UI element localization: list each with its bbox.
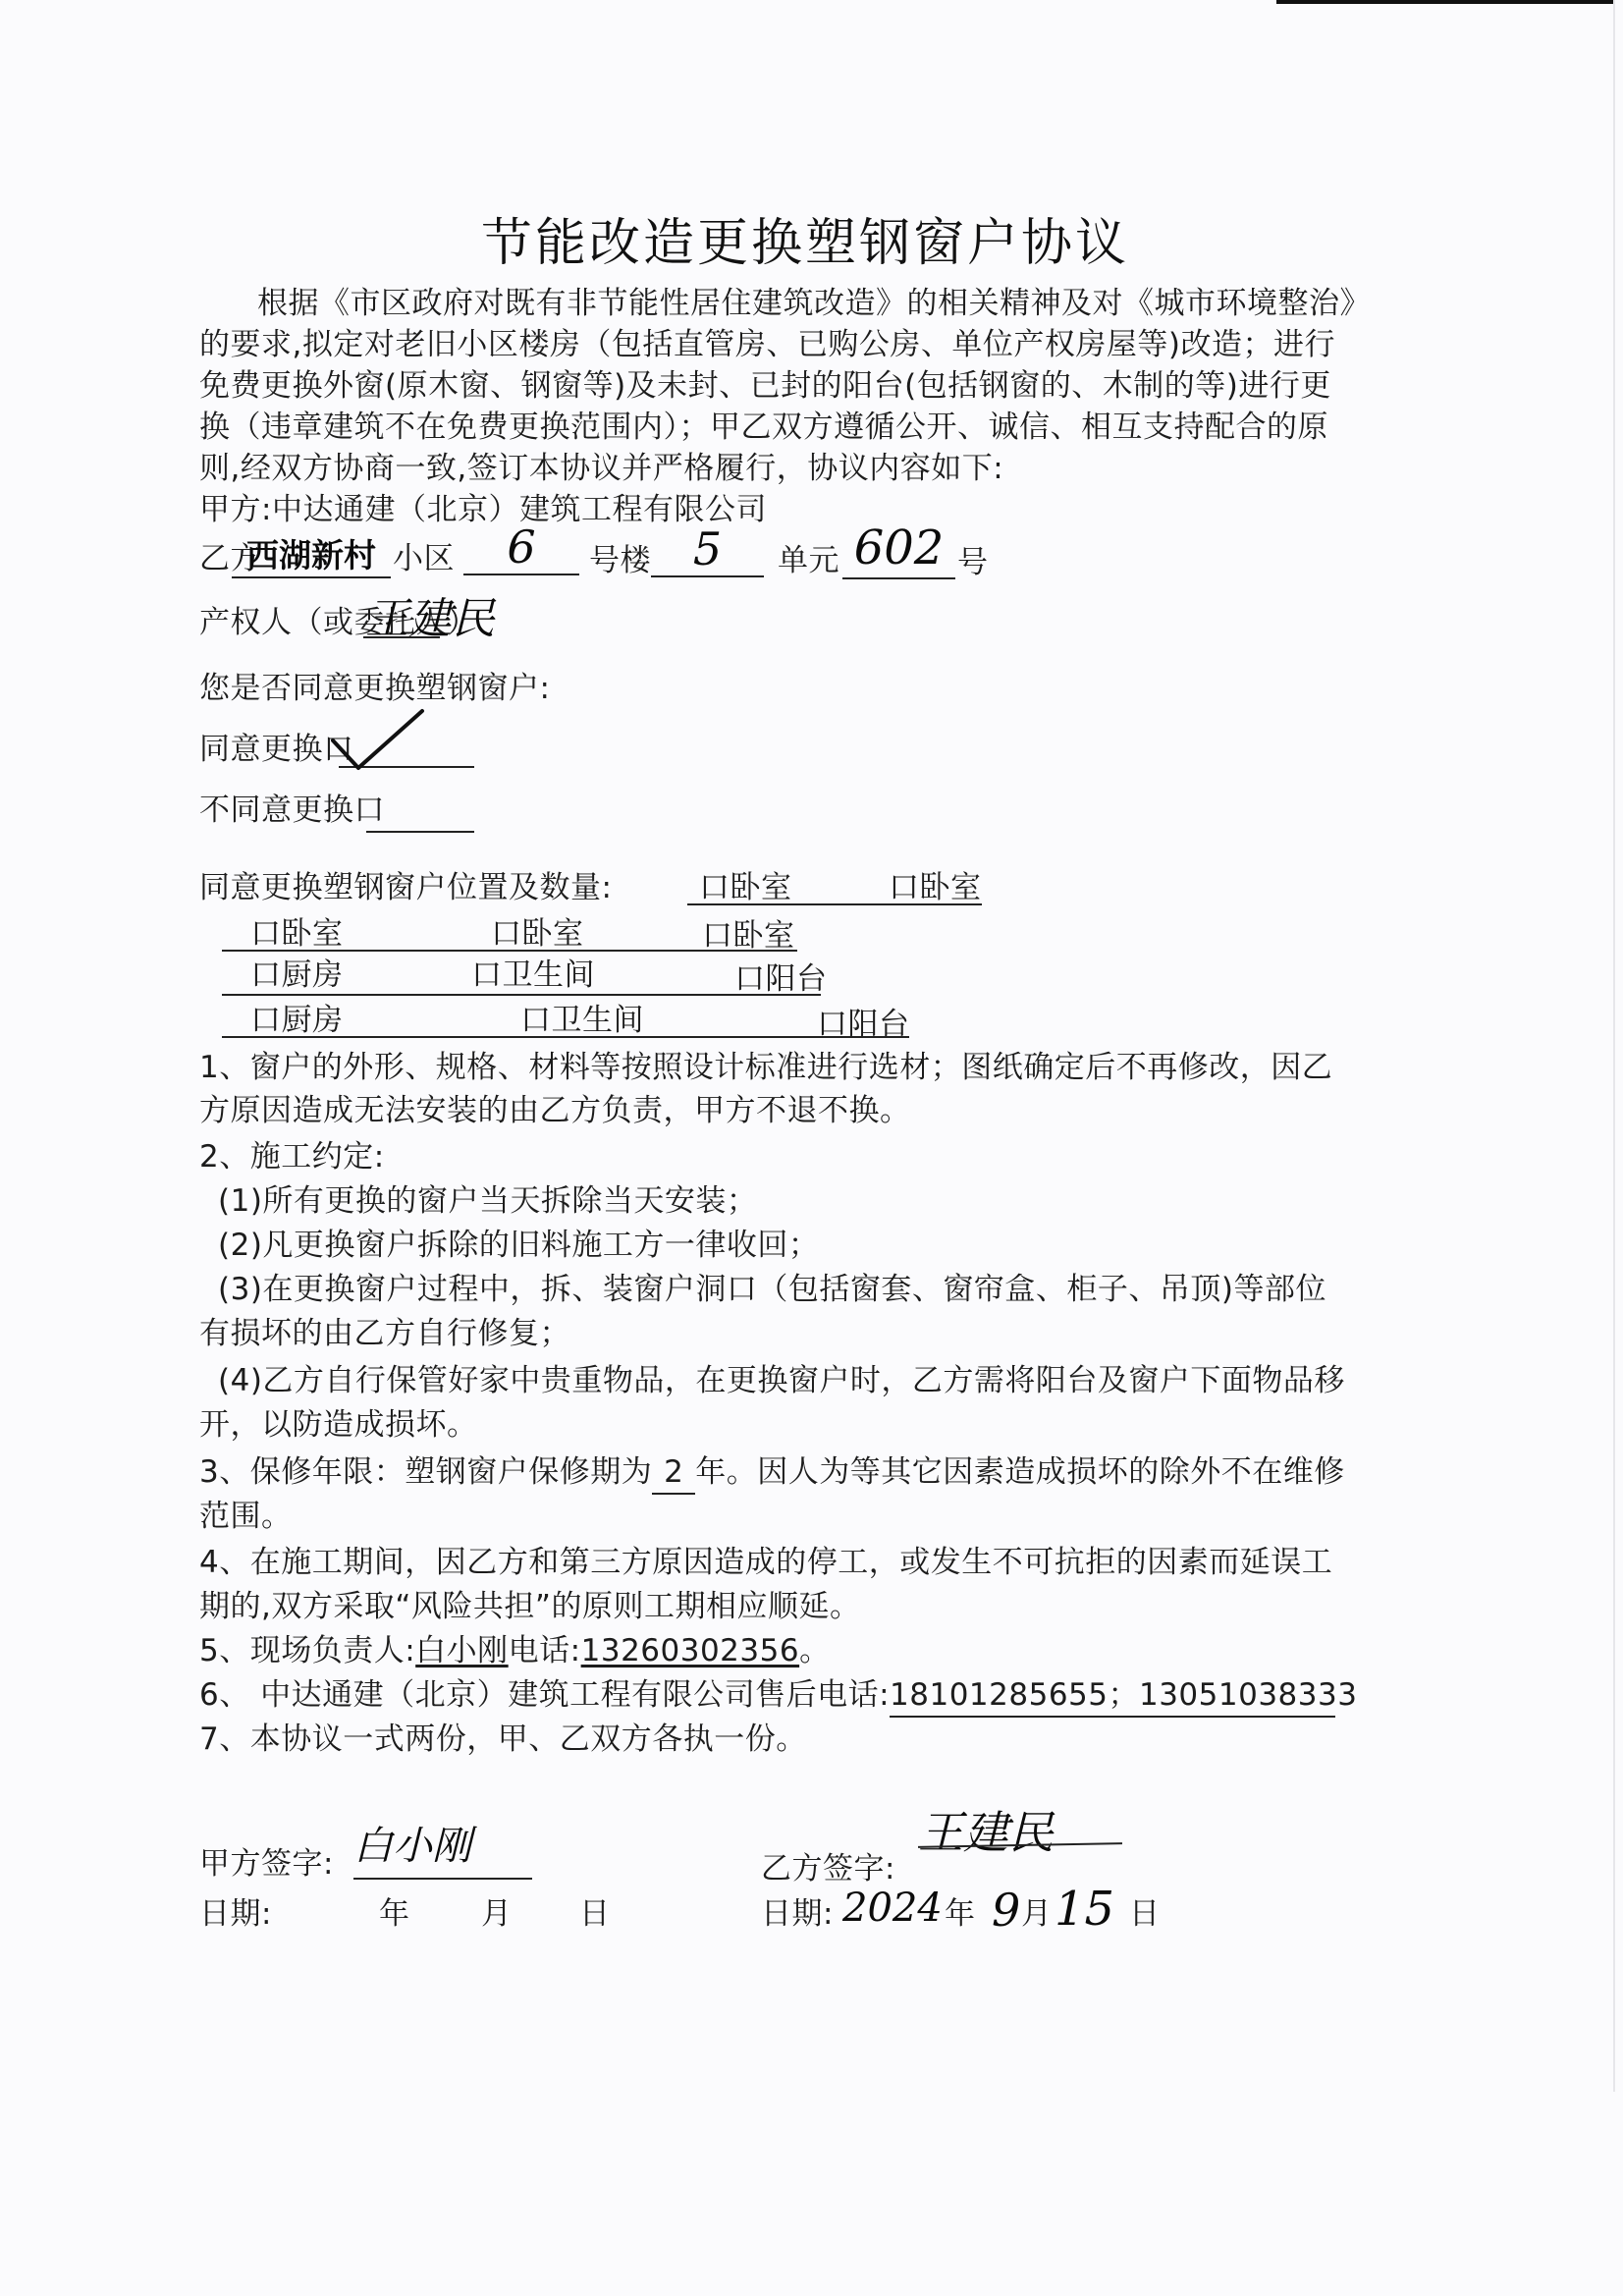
document-title: 节能改造更换塑钢窗户协议 — [481, 201, 1129, 275]
party-a-signature-line[interactable] — [353, 1878, 532, 1880]
location-checkbox-balcony-2[interactable]: 口阳台 — [817, 1004, 910, 1045]
intro-line-1: 根据《市区政府对既有非节能性居住建筑改造》的相关精神及对《城市环境整治》 — [257, 283, 1371, 324]
intro-line-2: 的要求,拟定对老旧小区楼房（包括直管房、已购公房、单位产权房屋等)改造；进行 — [199, 324, 1335, 365]
clause-6: 6、 中达通建（北京）建筑工程有限公司售后电话:18101285655；1305… — [199, 1674, 1335, 1718]
building-label: 号楼 — [589, 540, 651, 581]
clause-2-4-line-2: 开，以防造成损坏。 — [199, 1404, 478, 1446]
clause-4-line-1: 4、在施工期间，因乙方和第三方原因造成的停工，或发生不可抗拒的因素而延误工 — [199, 1542, 1332, 1583]
clause-3-line-2: 范围。 — [199, 1496, 293, 1537]
locations-underline-3 — [222, 994, 821, 996]
checkmark-icon — [329, 707, 427, 772]
party-b-day-value: 15 — [1055, 1882, 1114, 1937]
party-b-signature: 王建民 — [918, 1797, 1054, 1862]
unit-number-value: 5 — [693, 522, 722, 575]
consent-question: 您是否同意更换塑钢窗户: — [199, 668, 550, 709]
party-b-date-label: 日期: — [761, 1893, 834, 1935]
clause-5-phone-label: 电话: — [509, 1633, 581, 1668]
clause-5-end: 。 — [799, 1633, 831, 1668]
clause-2-title: 2、施工约定: — [199, 1136, 385, 1177]
unit-label: 单元 — [778, 540, 839, 581]
site-manager-phone[interactable]: 13260302356 — [581, 1633, 799, 1668]
party-b-year-value: 2024 — [842, 1886, 943, 1931]
clause-3-prefix: 3、保修年限：塑钢窗户保修期为 — [199, 1454, 652, 1490]
clause-2-4-line-1: (4)乙方自行保管好家中贵重物品，在更换窗户时，乙方需将阳台及窗户下面物品移 — [218, 1360, 1345, 1401]
party-b-month-label: 月 — [1021, 1893, 1053, 1935]
party-a-sign-label: 甲方签字: — [199, 1843, 334, 1885]
locations-underline-2 — [222, 950, 797, 952]
clause-4-line-2: 期的,双方采取“风险共担”的原则工期相应顺延。 — [199, 1586, 860, 1627]
clause-3-suffix: 年。因人为等其它因素造成损坏的除外不在维修 — [695, 1454, 1345, 1490]
owner-signature: 王建民 — [365, 583, 495, 646]
intro-line-4: 换（违章建筑不在免费更换范围内）；甲乙双方遵循公开、诚信、相互支持配合的原 — [199, 407, 1328, 448]
clause-1-line-2: 方原因造成无法安装的由乙方负责，甲方不退不换。 — [199, 1090, 911, 1131]
location-checkbox-bathroom-2[interactable]: 口卫生间 — [520, 1000, 644, 1041]
party-a-date-label: 日期: — [199, 1893, 272, 1935]
building-number-value: 6 — [507, 520, 535, 574]
party-a-month-label: 月 — [481, 1893, 513, 1935]
disagree-checkbox[interactable]: 口 — [354, 793, 386, 828]
disagree-label: 不同意更换 — [199, 793, 354, 828]
agree-label: 同意更换 — [199, 732, 323, 767]
location-checkbox-bathroom-1[interactable]: 口卫生间 — [471, 955, 595, 996]
party-a-label: 甲方: — [199, 492, 272, 527]
locations-underline-4 — [222, 1036, 909, 1038]
location-checkbox-bedroom-3[interactable]: 口卧室 — [250, 913, 344, 955]
building-number-field[interactable]: 6 — [463, 520, 579, 575]
clause-2-3-line-2: 有损坏的由乙方自行修复； — [199, 1313, 570, 1354]
intro-line-5: 则,经双方协商一致,签订本协议并严格履行，协议内容如下: — [199, 448, 1003, 489]
locations-underline-1 — [687, 903, 982, 905]
location-checkbox-kitchen-2[interactable]: 口厨房 — [250, 1000, 344, 1041]
clause-6-prefix: 6、 中达通建（北京）建筑工程有限公司售后电话: — [199, 1677, 890, 1713]
site-manager-name: 白小刚 — [415, 1633, 509, 1668]
room-number-value: 602 — [854, 520, 945, 575]
after-sales-phones[interactable]: 18101285655；13051038333 — [890, 1674, 1335, 1718]
party-a-year-label: 年 — [379, 1893, 410, 1935]
warranty-years-field[interactable]: 2 — [652, 1451, 695, 1495]
clause-5-prefix: 5、现场负责人: — [199, 1633, 415, 1668]
clause-2-1: (1)所有更换的窗户当天拆除当天安装； — [218, 1180, 757, 1222]
location-checkbox-bedroom-4[interactable]: 口卧室 — [491, 913, 584, 955]
location-checkbox-kitchen-1[interactable]: 口厨房 — [250, 955, 344, 996]
community-suffix: 小区 — [393, 538, 455, 579]
community-name-field[interactable]: 西湖新村 — [232, 530, 391, 578]
scan-edge-shadow — [1613, 0, 1615, 2092]
location-checkbox-bedroom-1[interactable]: 口卧室 — [699, 867, 792, 908]
clause-2-3-line-1: (3)在更换窗户过程中，拆、装窗户洞口（包括窗套、窗帘盒、柜子、吊顶)等部位 — [218, 1269, 1326, 1310]
disagree-underline — [366, 831, 474, 833]
community-name-handwritten: 西湖新村 — [246, 536, 376, 574]
party-b-month-value: 9 — [992, 1884, 1020, 1937]
location-checkbox-bedroom-2[interactable]: 口卧室 — [889, 867, 982, 908]
party-b-year-label: 年 — [945, 1893, 976, 1935]
clause-3-line-1: 3、保修年限：塑钢窗户保修期为2年。因人为等其它因素造成损坏的除外不在维修 — [199, 1451, 1345, 1495]
clause-7: 7、本协议一式两份，甲、乙双方各执一份。 — [199, 1719, 807, 1760]
party-a-day-label: 日 — [579, 1893, 611, 1935]
intro-line-3: 免费更换外窗(原木窗、钢窗等)及未封、已封的阳台(包括钢窗的、木制的等)进行更 — [199, 365, 1331, 407]
party-b-day-label: 日 — [1129, 1893, 1161, 1935]
room-label: 号 — [957, 542, 989, 583]
party-b-sign-label: 乙方签字: — [761, 1848, 895, 1889]
room-number-field[interactable]: 602 — [842, 520, 955, 579]
party-a-signature: 白小刚 — [353, 1815, 471, 1871]
clause-5: 5、现场负责人:白小刚电话:13260302356。 — [199, 1630, 831, 1671]
clause-2-2: (2)凡更换窗户拆除的旧料施工方一律收回； — [218, 1225, 819, 1266]
locations-label: 同意更换塑钢窗户位置及数量: — [199, 867, 612, 908]
disagree-row: 不同意更换口 — [199, 790, 385, 831]
scan-edge-artifact — [1276, 0, 1615, 4]
clause-1-line-1: 1、窗户的外形、规格、材料等按照设计标准进行选材；图纸确定后不再修改，因乙 — [199, 1047, 1332, 1088]
unit-number-field[interactable]: 5 — [651, 522, 764, 577]
